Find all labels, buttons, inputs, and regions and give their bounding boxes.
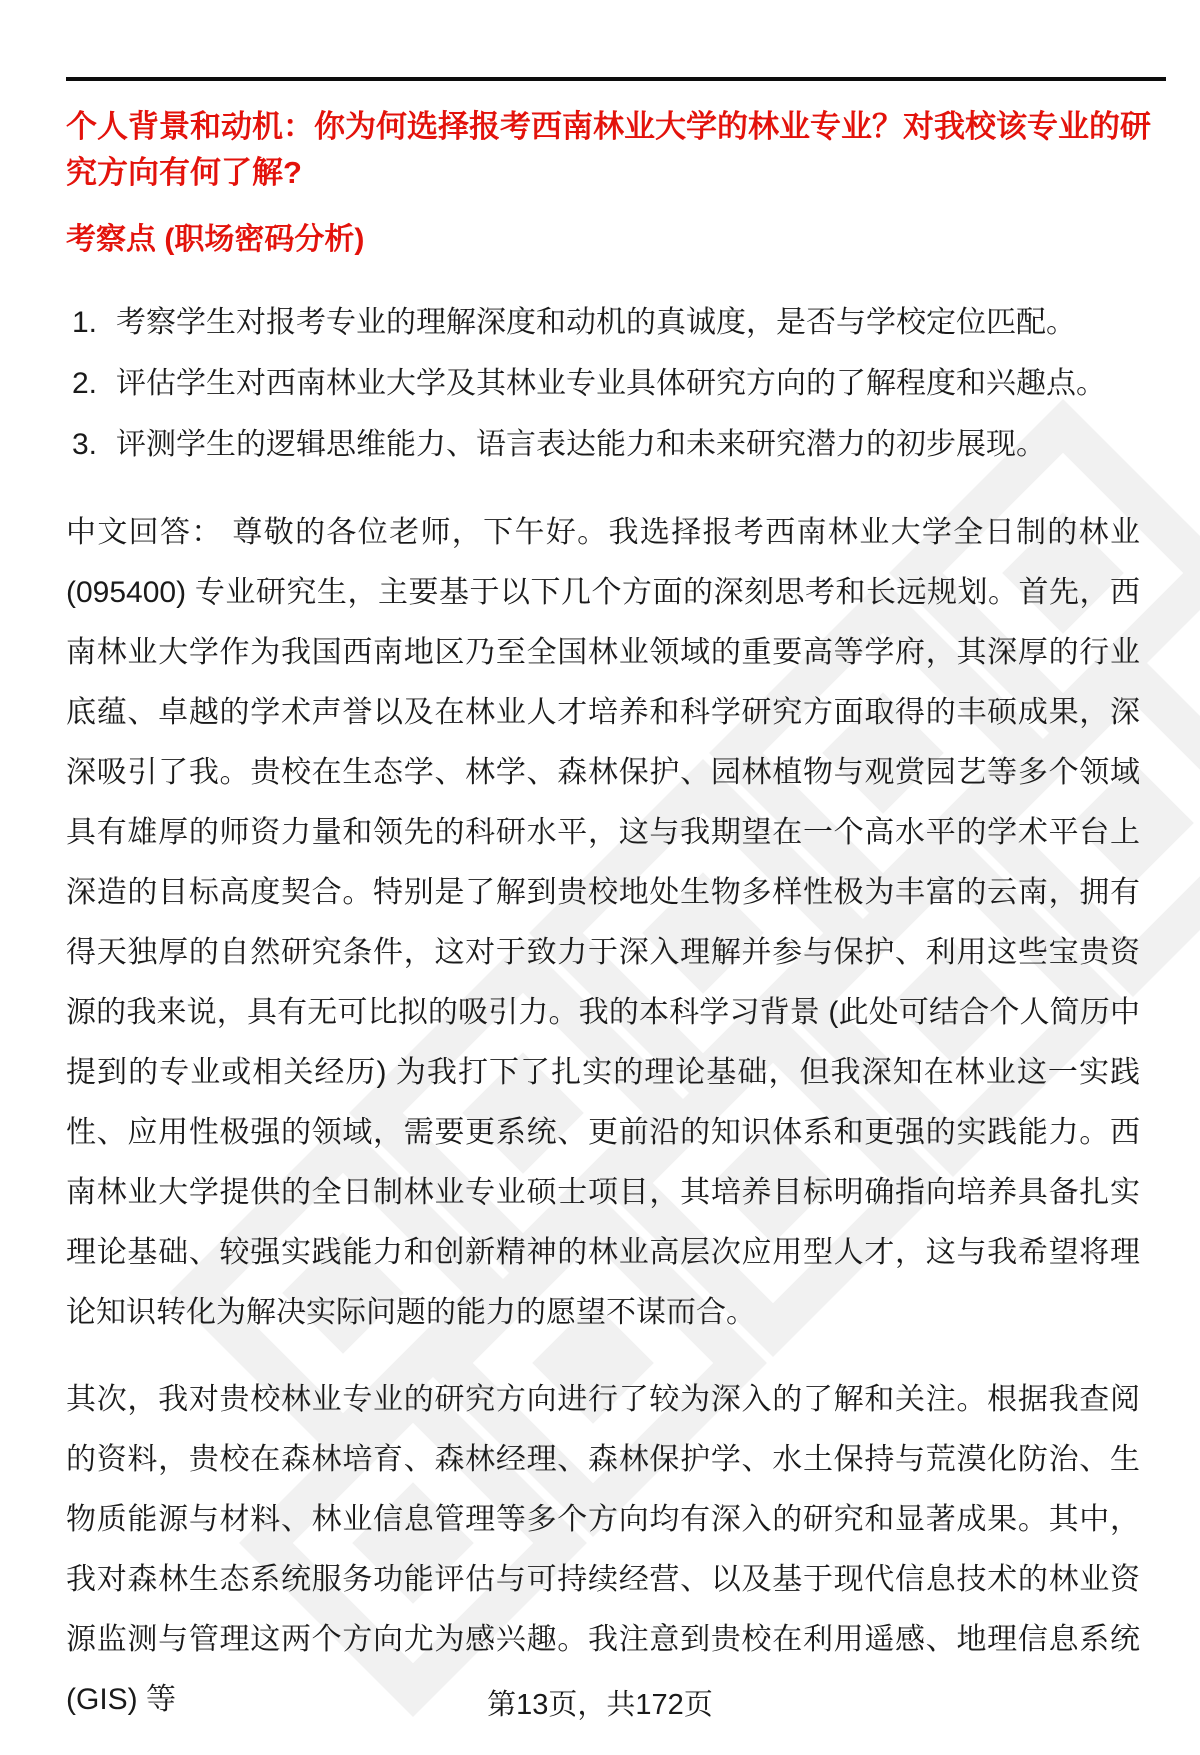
list-item-number: 3. <box>72 414 116 475</box>
header-rule <box>66 77 1166 81</box>
question-title: 个人背景和动机：你为何选择报考西南林业大学的林业专业？对我校该专业的研究方向有何… <box>66 104 1152 196</box>
section-heading-exam-points: 考察点 (职场密码分析) <box>66 220 1152 260</box>
list-item-text: 评测学生的逻辑思维能力、语言表达能力和未来研究潜力的初步展现。 <box>116 414 1144 475</box>
list-item-number: 2. <box>72 353 116 414</box>
list-item: 1. 考察学生对报考专业的理解深度和动机的真诚度，是否与学校定位匹配。 <box>72 292 1144 353</box>
list-item-number: 1. <box>72 292 116 353</box>
answer-paragraph-2: 其次，我对贵校林业专业的研究方向进行了较为深入的了解和关注。根据我查阅的资料，贵… <box>66 1370 1140 1730</box>
document-content: 个人背景和动机：你为何选择报考西南林业大学的林业专业？对我校该专业的研究方向有何… <box>0 0 1200 1755</box>
page-number-footer: 第13页，共172页 <box>0 1685 1200 1725</box>
list-item-text: 考察学生对报考专业的理解深度和动机的真诚度，是否与学校定位匹配。 <box>116 292 1144 353</box>
answer-paragraph-1: 中文回答： 尊敬的各位老师，下午好。我选择报考西南林业大学全日制的林业 (095… <box>66 503 1140 1343</box>
list-item: 3. 评测学生的逻辑思维能力、语言表达能力和未来研究潜力的初步展现。 <box>72 414 1144 475</box>
list-item-text: 评估学生对西南林业大学及其林业专业具体研究方向的了解程度和兴趣点。 <box>116 353 1144 414</box>
exam-points-list: 1. 考察学生对报考专业的理解深度和动机的真诚度，是否与学校定位匹配。 2. 评… <box>72 292 1144 475</box>
list-item: 2. 评估学生对西南林业大学及其林业专业具体研究方向的了解程度和兴趣点。 <box>72 353 1144 414</box>
document-page: 个人背景和动机：你为何选择报考西南林业大学的林业专业？对我校该专业的研究方向有何… <box>0 0 1200 1755</box>
